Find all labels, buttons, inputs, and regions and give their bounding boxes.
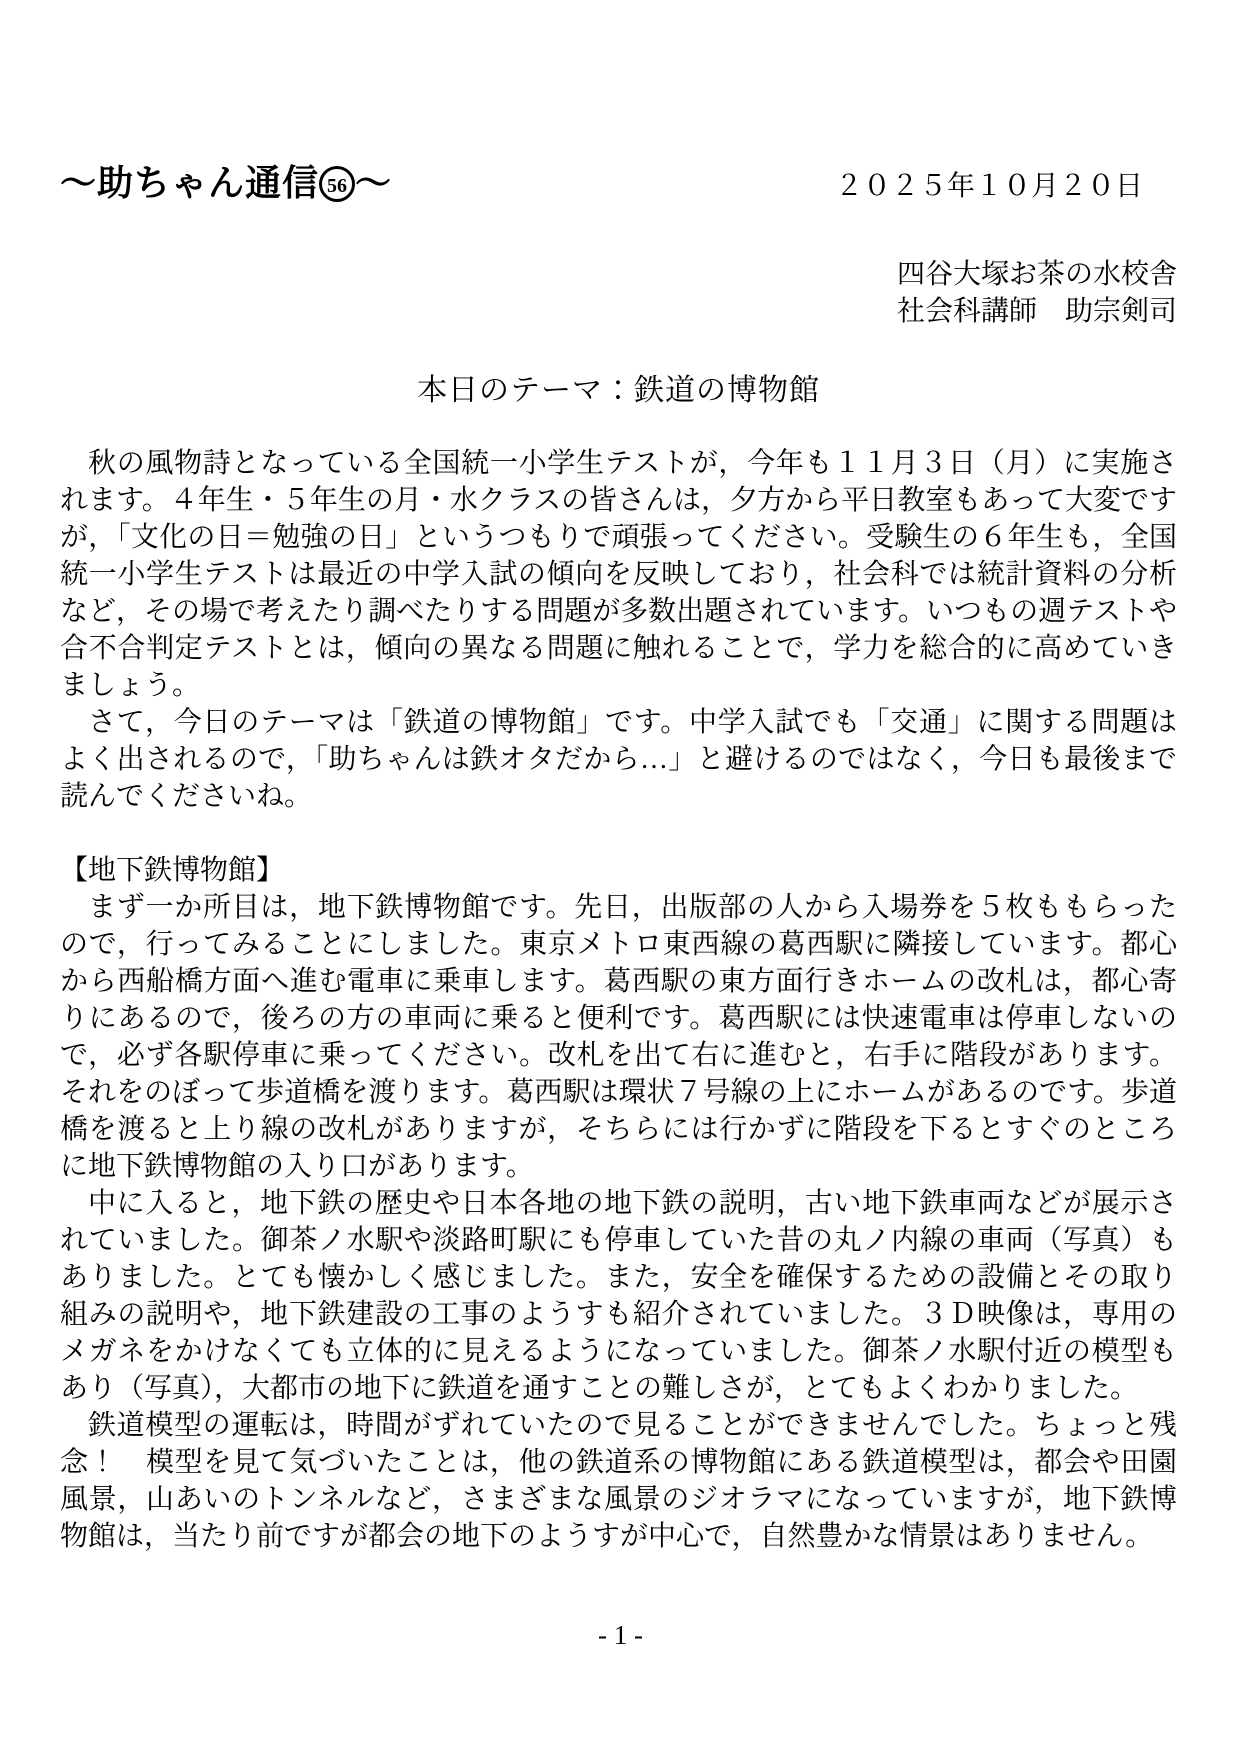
issue-date: ２０２５年１０月２０日 bbox=[835, 168, 1143, 205]
section-paragraph-1: まず一か所目は，地下鉄博物館です。先日，出版部の人から入場券を５枚ももらったので… bbox=[60, 889, 1177, 1185]
intro-paragraph-1: 秋の風物詩となっている全国統一小学生テストが，今年も１１月３日（月）に実施されま… bbox=[60, 445, 1177, 704]
header: ～助ちゃん通信56～ ２０２５年１０月２０日 bbox=[60, 0, 1177, 206]
newsletter-title: ～助ちゃん通信56～ bbox=[60, 160, 392, 206]
issue-number-badge: 56 bbox=[319, 166, 355, 202]
body-text: 秋の風物詩となっている全国統一小学生テストが，今年も１１月３日（月）に実施されま… bbox=[60, 445, 1177, 1555]
intro-paragraph-2: さて，今日のテーマは「鉄道の博物館」です。中学入試でも「交通」に関する問題はよく… bbox=[60, 704, 1177, 815]
section-paragraph-2: 中に入ると，地下鉄の歴史や日本各地の地下鉄の説明，古い地下鉄車両などが展示されて… bbox=[60, 1185, 1177, 1407]
section-paragraph-3: 鉄道模型の運転は，時間がずれていたので見ることができませんでした。ちょっと残念！… bbox=[60, 1407, 1177, 1555]
page-number: - 1 - bbox=[0, 1621, 1241, 1649]
newsletter-title-suffix: ～ bbox=[355, 163, 392, 203]
newsletter-page: ～助ちゃん通信56～ ２０２５年１０月２０日 四谷大塚お茶の水校舎 社会科講師 … bbox=[0, 0, 1241, 1754]
school-name: 四谷大塚お茶の水校舎 bbox=[60, 256, 1177, 293]
newsletter-title-prefix: ～助ちゃん通信 bbox=[60, 163, 319, 203]
theme-title: 本日のテーマ：鉄道の博物館 bbox=[60, 370, 1177, 412]
author-name: 社会科講師 助宗剣司 bbox=[60, 293, 1177, 330]
byline: 四谷大塚お茶の水校舎 社会科講師 助宗剣司 bbox=[60, 256, 1177, 330]
section-heading-subway-museum: 【地下鉄博物館】 bbox=[60, 852, 1177, 889]
